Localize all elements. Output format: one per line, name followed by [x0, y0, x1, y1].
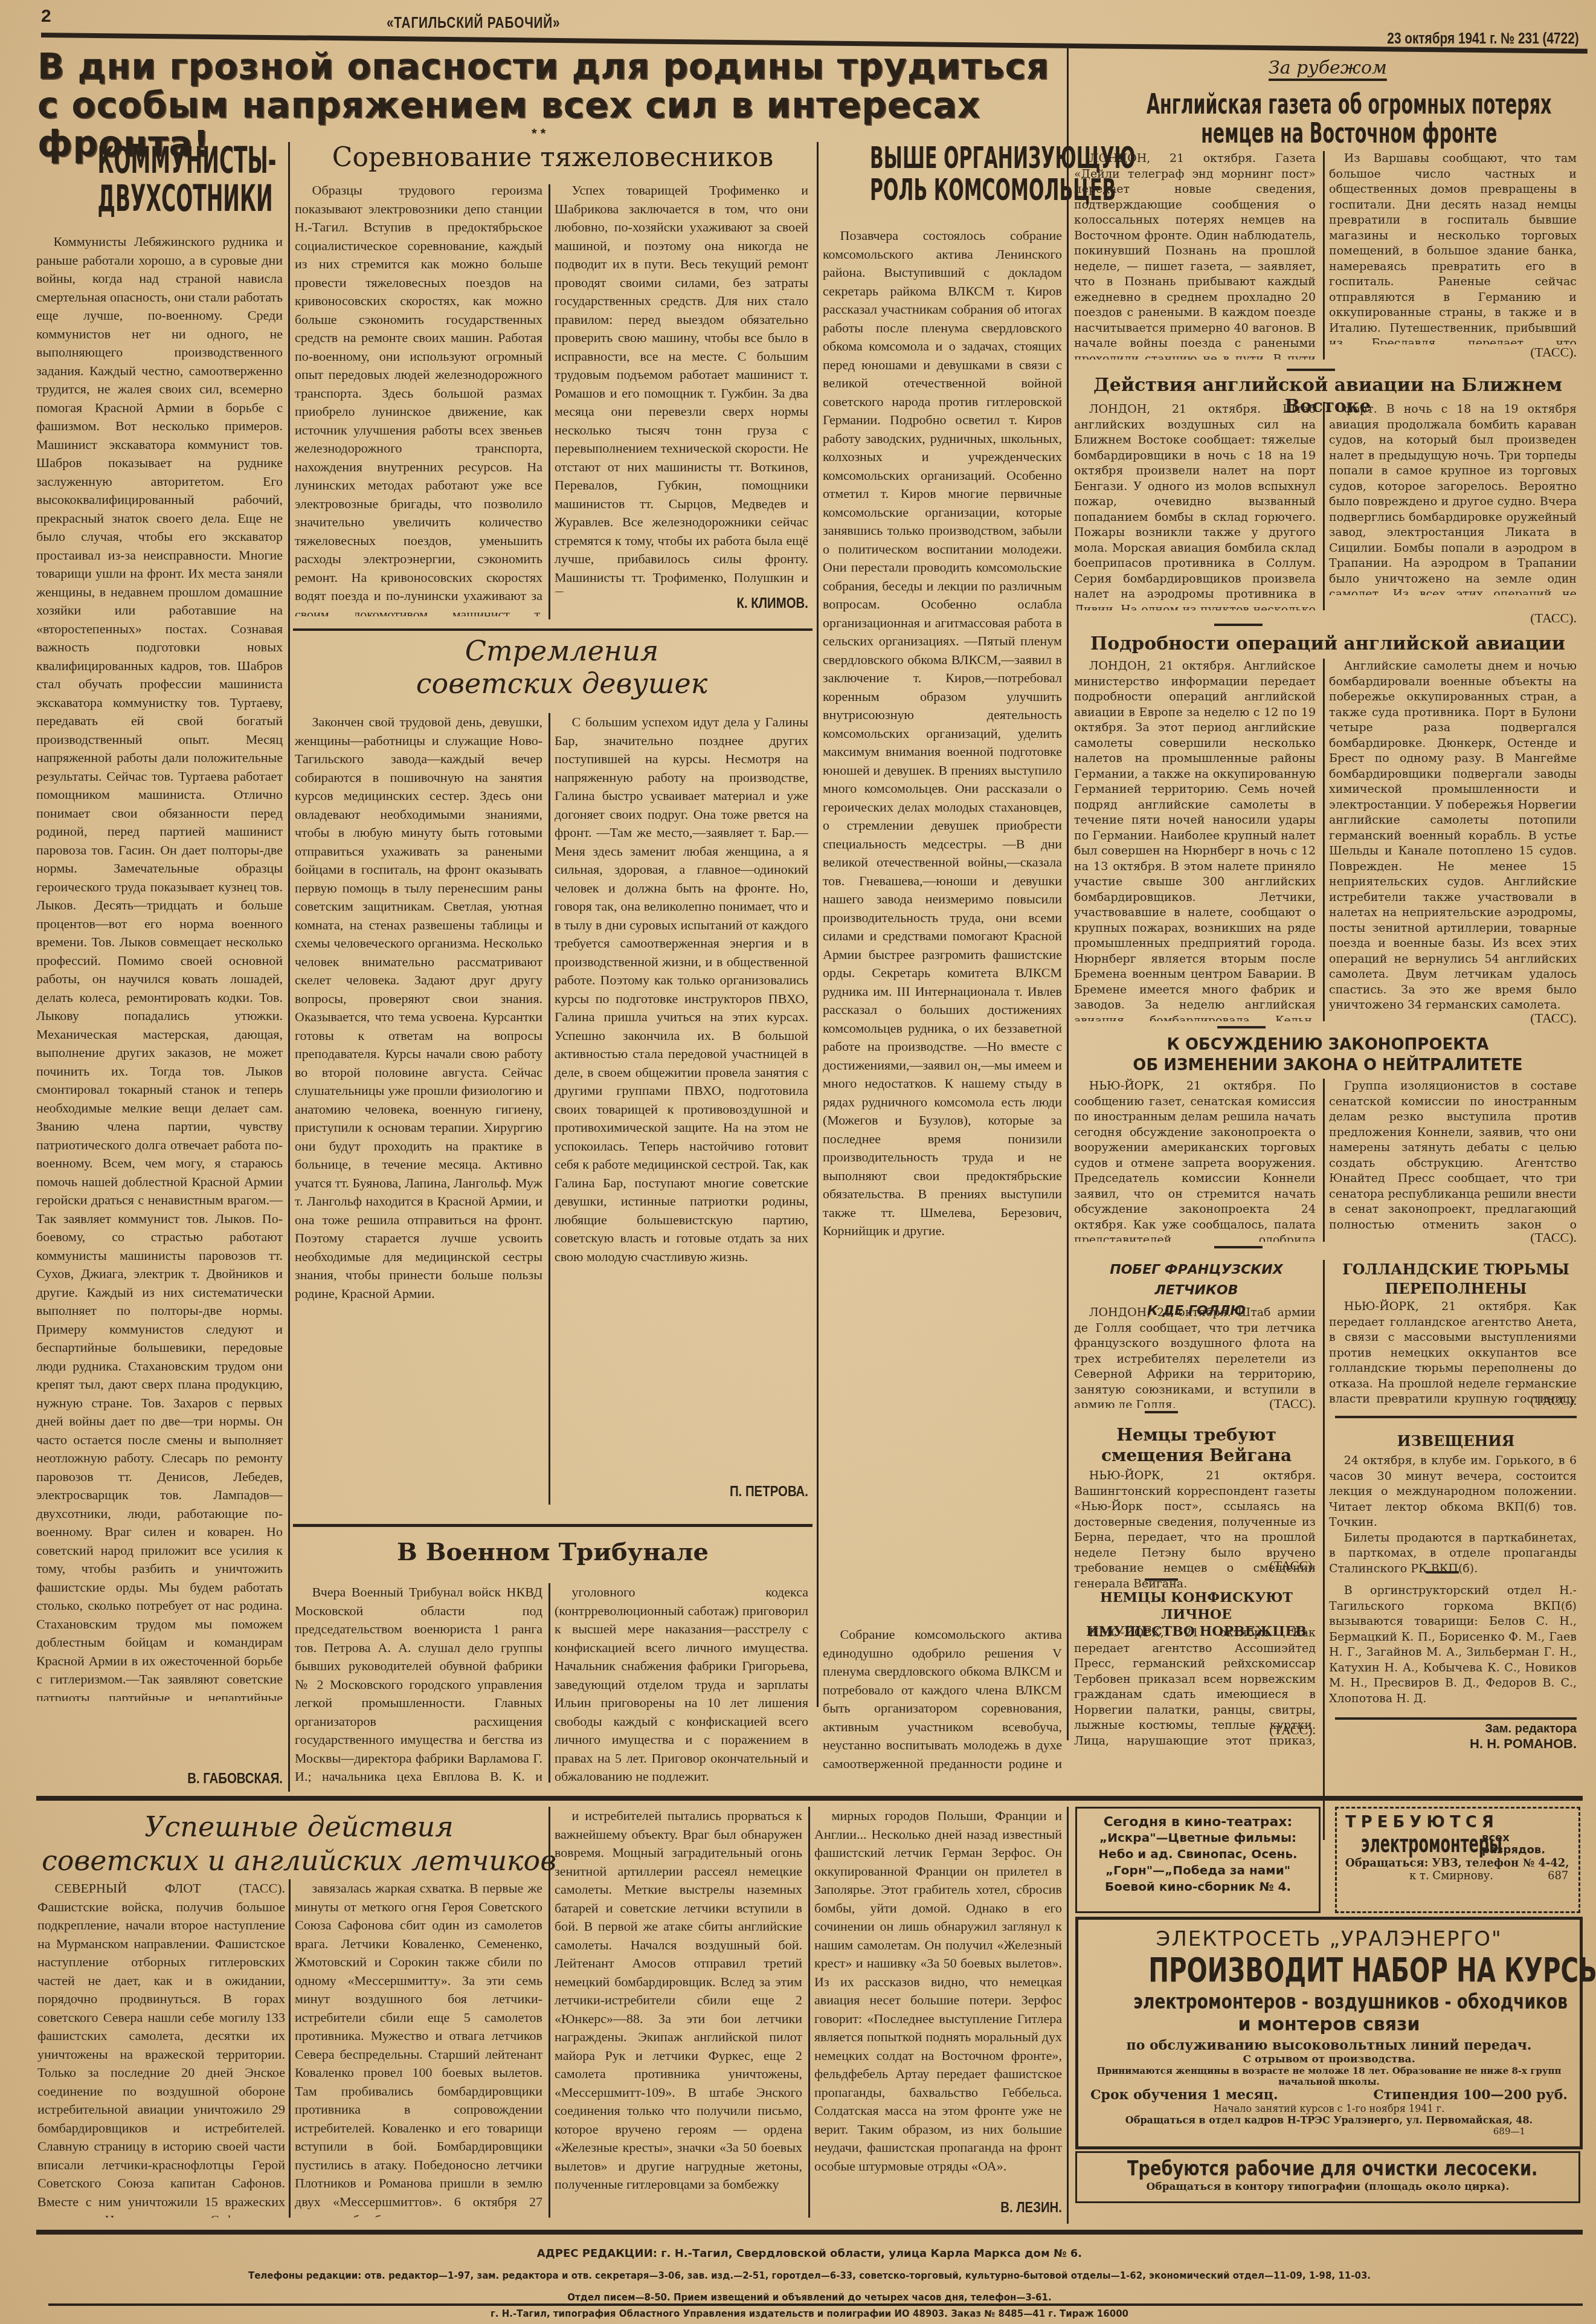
forest-ad-contact: Обращаться в контору типографии (площадь… [1077, 2181, 1578, 2193]
english-paper-text-2: Из Варшавы сообщают, что там большое чис… [1329, 151, 1577, 344]
komsomol-text-2: Собрание комсомольского актива единодушн… [823, 1625, 1062, 1777]
girls-col-2: С большим успехом идут дела у Галины Бар… [555, 713, 808, 1468]
tass-credit: (ТАСС). [1329, 1230, 1577, 1245]
de-gaulle-text: ЛОНДОН, 21 октября. Штаб армии де Голля … [1074, 1305, 1316, 1408]
tribunal-text-1: Вчера Военный Трибунал войск НКВД Москов… [295, 1583, 542, 1783]
neutrality-text-1: НЬЮ-ЙОРК, 21 октября. По сообщению газет… [1074, 1079, 1316, 1242]
communists-title-2: ДВУХСОТНИКИ [98, 180, 224, 218]
dutch-prisons-text: НЬЮ-ЙОРК, 21 октября. Как передает голла… [1329, 1299, 1577, 1405]
newspaper-name: «ТАГИЛЬСКИЙ РАБОЧИЙ» [387, 13, 560, 32]
editor-label: Зам. редактора [1329, 1722, 1577, 1736]
dutch-prisons-heading: ГОЛЛАНДСКИЕ ТЮРЬМЫ ПЕРЕПОЛНЕНЫ [1329, 1260, 1583, 1299]
girls-byline: П. ПЕТРОВА. [593, 1483, 808, 1500]
middle-east-col-2: форт. В ночь с 18 на 19 октября авиация … [1329, 402, 1577, 595]
uralenergo-ad-line-6: С отрывом от производства. [1078, 2053, 1580, 2065]
heavyweights-col-2: Успех товарищей Трофименко и Шабрикова з… [555, 181, 808, 592]
electricians-ad-main-text: электромонтеры [1361, 1832, 1434, 1857]
forest-workers-ad: Требуются рабочие для очистки лесосеки. … [1075, 2151, 1580, 2203]
banner-line-1: В дни грозной опасности для родины труди… [37, 46, 1049, 87]
lecture-notice: 24 октября, в клубе им. Горького, в 6 ча… [1329, 1453, 1577, 1580]
editorial-phones: Телефоны редакции: отв. редактор—1-97, з… [36, 2265, 1583, 2287]
section-rule [293, 1524, 812, 1527]
weygand-heading: Немцы требуют смещения Вейгана [1074, 1425, 1319, 1466]
komsomol-col-2: Собрание комсомольского актива единодушн… [823, 1625, 1062, 1777]
section-rule [1145, 1411, 1178, 1413]
neutrality-col-2: Группа изоляционистов в составе сенатско… [1329, 1079, 1577, 1230]
column-divider [549, 1583, 550, 1783]
electricians-ad-contact-2: к т. Смирнову. [1409, 1870, 1493, 1882]
cinema-listing-1: „Искра"—Цветные фильмы: [1077, 1830, 1319, 1846]
column-divider [1067, 48, 1069, 1740]
girls-text-1: Закончен свой трудовой день, девушки, же… [295, 713, 542, 1303]
foreign-section-label: За рубежом [1269, 57, 1387, 79]
girls-col-1: Закончен свой трудовой день, девушки, же… [295, 713, 542, 1505]
uralenergo-ad-start: Начало занятий курсов с 1-го ноября 1941… [1078, 2103, 1580, 2114]
column-divider [1323, 402, 1325, 610]
neutrality-title-1: К ОБСУЖДЕНИЮ ЗАКОНОПРОЕКТА [1074, 1035, 1582, 1055]
operations-col-1: ЛОНДОН, 21 октября. Английское министерс… [1074, 659, 1316, 1021]
electricians-ad-title: ТРЕБУЮТСЯ [1345, 1813, 1578, 1832]
neutrality-col-1: НЬЮ-ЙОРК, 21 октября. По сообщению газет… [1074, 1079, 1316, 1242]
uralenergo-ad-code: 689—1 [1078, 2126, 1580, 2137]
column-divider [549, 184, 550, 619]
pilots-text-2: завязалась жаркая схватка. В первые же м… [295, 1879, 542, 2218]
tass-credit: (ТАСС). [1329, 1010, 1577, 1026]
section-rule [1217, 1026, 1266, 1028]
cinema-ad-listings: „Искра"—Цветные фильмы: Небо и ад. Свино… [1077, 1830, 1319, 1895]
column-divider [1323, 659, 1325, 1021]
pilots-text-3: и истребителей пытались прорваться к важ… [555, 1807, 802, 2194]
footer-bottom-rule [48, 2303, 1583, 2306]
newspaper-page: 2 «ТАГИЛЬСКИЙ РАБОЧИЙ» 23 октября 1941 г… [0, 0, 1596, 2324]
dutch-prisons-body: НЬЮ-ЙОРК, 21 октября. Как передает голла… [1329, 1299, 1577, 1405]
operations-text-1: ЛОНДОН, 21 октября. Английское министерс… [1074, 659, 1316, 1021]
pilots-col-4: мирных городов Польши, Франции и Англии.… [814, 1807, 1062, 2181]
uralenergo-ad-contact: Обращаться в отдел кадров Н-ТРЭС Уралэне… [1078, 2114, 1580, 2126]
cinema-listing-3: „Горн"—„Победа за нами" [1077, 1862, 1319, 1879]
dutch-prisons-title-1: ГОЛЛАНДСКИЕ ТЮРЬМЫ [1329, 1260, 1583, 1279]
communists-body: Коммунисты Лебяжинского рудника и раньше… [36, 233, 283, 1701]
electricians-ad-code: 687 [1548, 1870, 1568, 1882]
column-divider [817, 142, 819, 1707]
pilots-text-4: мирных городов Польши, Франции и Англии.… [814, 1807, 1062, 2175]
column-divider [1323, 1260, 1325, 1840]
uralenergo-ad: ЭЛЕКТРОСЕТЬ „УРАЛЭНЕРГО" ПРОИЗВОДИТ НАБО… [1075, 1917, 1583, 2149]
communists-byline: В. ГАБОВСКАЯ. [73, 1770, 283, 1787]
english-paper-title-2: немцев на Восточном фронте [1121, 118, 1577, 147]
heavyweights-col-1: Образцы трудового героизма показывают эл… [295, 181, 542, 616]
printing-info: г. Н.-Тагил, типография Областного Управ… [36, 2308, 1583, 2319]
section-rule [1335, 1416, 1577, 1418]
editor-signature: Зам. редактора Н. Н. РОМАНОВ. [1329, 1722, 1577, 1752]
tass-credit: (ТАСС). [1074, 1396, 1316, 1412]
editor-name: Н. Н. РОМАНОВ. [1329, 1736, 1577, 1752]
column-divider [289, 1879, 291, 2218]
heavyweights-text-2: Успех товарищей Трофименко и Шабрикова з… [555, 181, 808, 592]
girls-title-1: Стремления [302, 634, 822, 667]
pilots-byline: В. ЛЕЗИН. [852, 2200, 1063, 2216]
column-divider [549, 1807, 550, 2218]
editorial-info: АДРЕС РЕДАКЦИИ: г. Н.-Тагил, Свердловско… [36, 2243, 1583, 2308]
section-rule [1335, 1717, 1577, 1720]
operations-col-2: Английские самолеты днем и ночью бомбард… [1329, 659, 1577, 1015]
uralenergo-ad-line-5: по обслуживанию высоковольтных линий пер… [1078, 2038, 1580, 2053]
english-paper-col-2: Из Варшавы сообщают, что там большое чис… [1329, 151, 1577, 344]
issue-date: 23 октября 1941 г. № 231 (4722) [1388, 29, 1579, 48]
uralenergo-ad-line-3: электромонтеров - воздушников - обходчик… [1133, 1990, 1524, 2014]
uralenergo-ad-line-7: Принимаются женщины в возрасте не моложе… [1078, 2065, 1580, 2087]
column-divider [288, 142, 290, 1792]
stars-ornament: * * [532, 126, 545, 141]
weygand-title-2: смещения Вейгана [1074, 1445, 1319, 1466]
komsomol-title-2: РОЛЬ КОМСОМОЛЬЦЕВ [870, 174, 1015, 206]
uralenergo-ad-term: Срок обучения 1 месяц. [1090, 2087, 1278, 2103]
lecture-text: 24 октября, в клубе им. Горького, в 6 ча… [1329, 1453, 1577, 1531]
tass-credit: (ТАСС). [1329, 1393, 1577, 1409]
tribunal-title: В Военном Трибунале [293, 1538, 812, 1566]
uralenergo-ad-line-1: ЭЛЕКТРОСЕТЬ „УРАЛЭНЕРГО" [1078, 1927, 1580, 1951]
neutrality-heading: К ОБСУЖДЕНИЮ ЗАКОНОПРОЕКТА ОБ ИЗМЕНЕНИИ … [1074, 1035, 1582, 1076]
de-gaulle-title-1: ПОБЕГ ФРАНЦУЗСКИХ ЛЕТЧИКОВ [1074, 1260, 1319, 1301]
uralenergo-ad-line-4: и монтеров связи [1078, 2014, 1580, 2035]
komsomol-col-1: Позавчера состоялось собрание комсомольс… [823, 227, 1062, 1622]
communists-title-1: КОММУНИСТЫ- [98, 142, 224, 180]
weygand-title-1: Немцы требуют [1074, 1425, 1319, 1445]
column-divider [1323, 1079, 1325, 1242]
komsomol-title-1: ВЫШЕ ОРГАНИЗУЮЩУЮ [870, 142, 1015, 174]
editorial-address: АДРЕС РЕДАКЦИИ: г. Н.-Тагил, Свердловско… [36, 2243, 1583, 2265]
column-divider [1067, 1807, 1069, 2224]
tribunal-text-2: уголовного кодекса (контрреволюционный с… [555, 1583, 808, 1783]
tass-credit: (ТАСС). [1074, 1722, 1316, 1738]
operations-text-2: Английские самолеты днем и ночью бомбард… [1329, 659, 1577, 1013]
summons-text: В оргинструкторский отдел Н.-Тагильского… [1329, 1583, 1577, 1704]
pilots-col-1: СЕВЕРНЫЙ ФЛОТ (ТАСС). Фашистские войска,… [37, 1879, 285, 2218]
heavyweights-text-1: Образцы трудового героизма показывают эл… [295, 181, 542, 616]
section-rule [1287, 369, 1335, 371]
heavyweights-byline: К. КЛИМОВ. [593, 595, 808, 612]
komsomol-text-1: Позавчера состоялось собрание комсомольс… [823, 227, 1062, 1241]
column-divider [1323, 151, 1325, 360]
electricians-ad-contact: Обращаться: УВЗ, телефон № 4-42, [1345, 1857, 1578, 1870]
section-rule [293, 628, 812, 631]
section-rule [1214, 1246, 1263, 1248]
electricians-ad: ТРЕБУЮТСЯ электромонтеры всех разрядов. … [1335, 1807, 1580, 1913]
cinema-listing-4: Боевой кино-сборник № 4. [1077, 1879, 1319, 1895]
column-divider [808, 1807, 810, 2218]
tass-credit: (ТАСС). [1329, 344, 1577, 360]
komsomol-heading: ВЫШЕ ОРГАНИЗУЮЩУЮ РОЛЬ КОМСОМОЛЬЦЕВ [822, 142, 1063, 205]
operations-title: Подробности операций английской авиации [1074, 633, 1582, 654]
tass-credit: (ТАСС). [1329, 610, 1577, 626]
pilots-col-3: и истребителей пытались прорваться к важ… [555, 1807, 802, 2218]
neutrality-title-2: ОБ ИЗМЕНЕНИИ ЗАКОНА О НЕЙТРАЛИТЕТЕ [1074, 1055, 1582, 1076]
footer-top-rule [36, 2230, 1583, 2235]
page-number: 2 [41, 6, 51, 27]
cinema-ad-title: Сегодня в кино-театрах: [1077, 1815, 1319, 1830]
tickets-text: Билеты продаются в парткабинетах, в парт… [1329, 1531, 1577, 1577]
english-paper-text-1: ЛОНДОН, 21 октября. Газета «Дейли телегр… [1074, 151, 1316, 360]
middle-east-text-2: форт. В ночь с 18 на 19 октября авиация … [1329, 402, 1577, 595]
forest-ad-title: Требуются рабочие для очистки лесосеки. [1127, 2157, 1528, 2181]
norway-title-1: НЕМЦЫ КОНФИСКУЮТ ЛИЧНОЕ [1074, 1589, 1319, 1623]
electricians-ad-footer: к т. Смирнову. 687 [1409, 1870, 1578, 1882]
cinema-ad: Сегодня в кино-театрах: „Искра"—Цветные … [1075, 1807, 1321, 1913]
cinema-listing-2: Небо и ад. Свинопас, Осень. [1077, 1846, 1319, 1862]
heavyweights-title: Соревнование тяжеловесников [293, 142, 812, 173]
notices-title: ИЗВЕЩЕНИЯ [1329, 1432, 1583, 1450]
section-rule [1145, 1578, 1178, 1581]
uralenergo-ad-stipend: Стипендия 100—200 руб. [1373, 2087, 1568, 2103]
section-rule [1214, 624, 1263, 626]
electricians-ad-main: электромонтеры всех разрядов. [1361, 1832, 1578, 1857]
girls-text-2: С большим успехом идут дела у Галины Бар… [555, 713, 808, 1266]
uralenergo-ad-terms: Срок обучения 1 месяц. Стипендия 100—200… [1078, 2087, 1580, 2103]
pilots-text-1: СЕВЕРНЫЙ ФЛОТ (ТАСС). Фашистские войска,… [37, 1879, 285, 2218]
pilots-heading: Успешные действия советских и английских… [36, 1810, 562, 1877]
pilots-title-2: советских и английских летчиков [36, 1844, 562, 1877]
tribunal-col-1: Вчера Военный Трибунал войск НКВД Москов… [295, 1583, 542, 1783]
section-break-rule [36, 1796, 1583, 1801]
summons-notice: В оргинструкторский отдел Н.-Тагильского… [1329, 1583, 1577, 1704]
middle-east-text-1: ЛОНДОН, 21 октября. Штаб английских возд… [1074, 402, 1316, 610]
section-rule [1426, 1571, 1459, 1574]
de-gaulle-body: ЛОНДОН, 21 октября. Штаб армии де Голля … [1074, 1305, 1316, 1408]
tass-credit: (ТАСС). [1074, 1558, 1316, 1574]
english-paper-title: Английская газета об огромных потерях не… [1121, 89, 1577, 148]
english-paper-title-1: Английская газета об огромных потерях [1121, 89, 1577, 118]
girls-title-2: советских девушек [302, 667, 822, 700]
neutrality-text-2: Группа изоляционистов в составе сенатско… [1329, 1079, 1577, 1230]
tribunal-col-2: уголовного кодекса (контрреволюционный с… [555, 1583, 808, 1783]
communists-heading: КОММУНИСТЫ- ДВУХСОТНИКИ [40, 142, 282, 218]
dutch-prisons-title-2: ПЕРЕПОЛНЕНЫ [1329, 1279, 1583, 1299]
middle-east-col-1: ЛОНДОН, 21 октября. Штаб английских возд… [1074, 402, 1316, 610]
uralenergo-ad-line-2: ПРОИЗВОДИТ НАБОР НА КУРСЫ [1148, 1951, 1510, 1990]
english-paper-col-1: ЛОНДОН, 21 октября. Газета «Дейли телегр… [1074, 151, 1316, 360]
communists-text: Коммунисты Лебяжинского рудника и раньше… [36, 233, 283, 1701]
pilots-title-1: Успешные действия [36, 1810, 562, 1844]
pilots-col-2: завязалась жаркая схватка. В первые же м… [295, 1879, 542, 2218]
column-divider [549, 713, 550, 1505]
girls-heading: Стремления советских девушек [302, 634, 822, 700]
